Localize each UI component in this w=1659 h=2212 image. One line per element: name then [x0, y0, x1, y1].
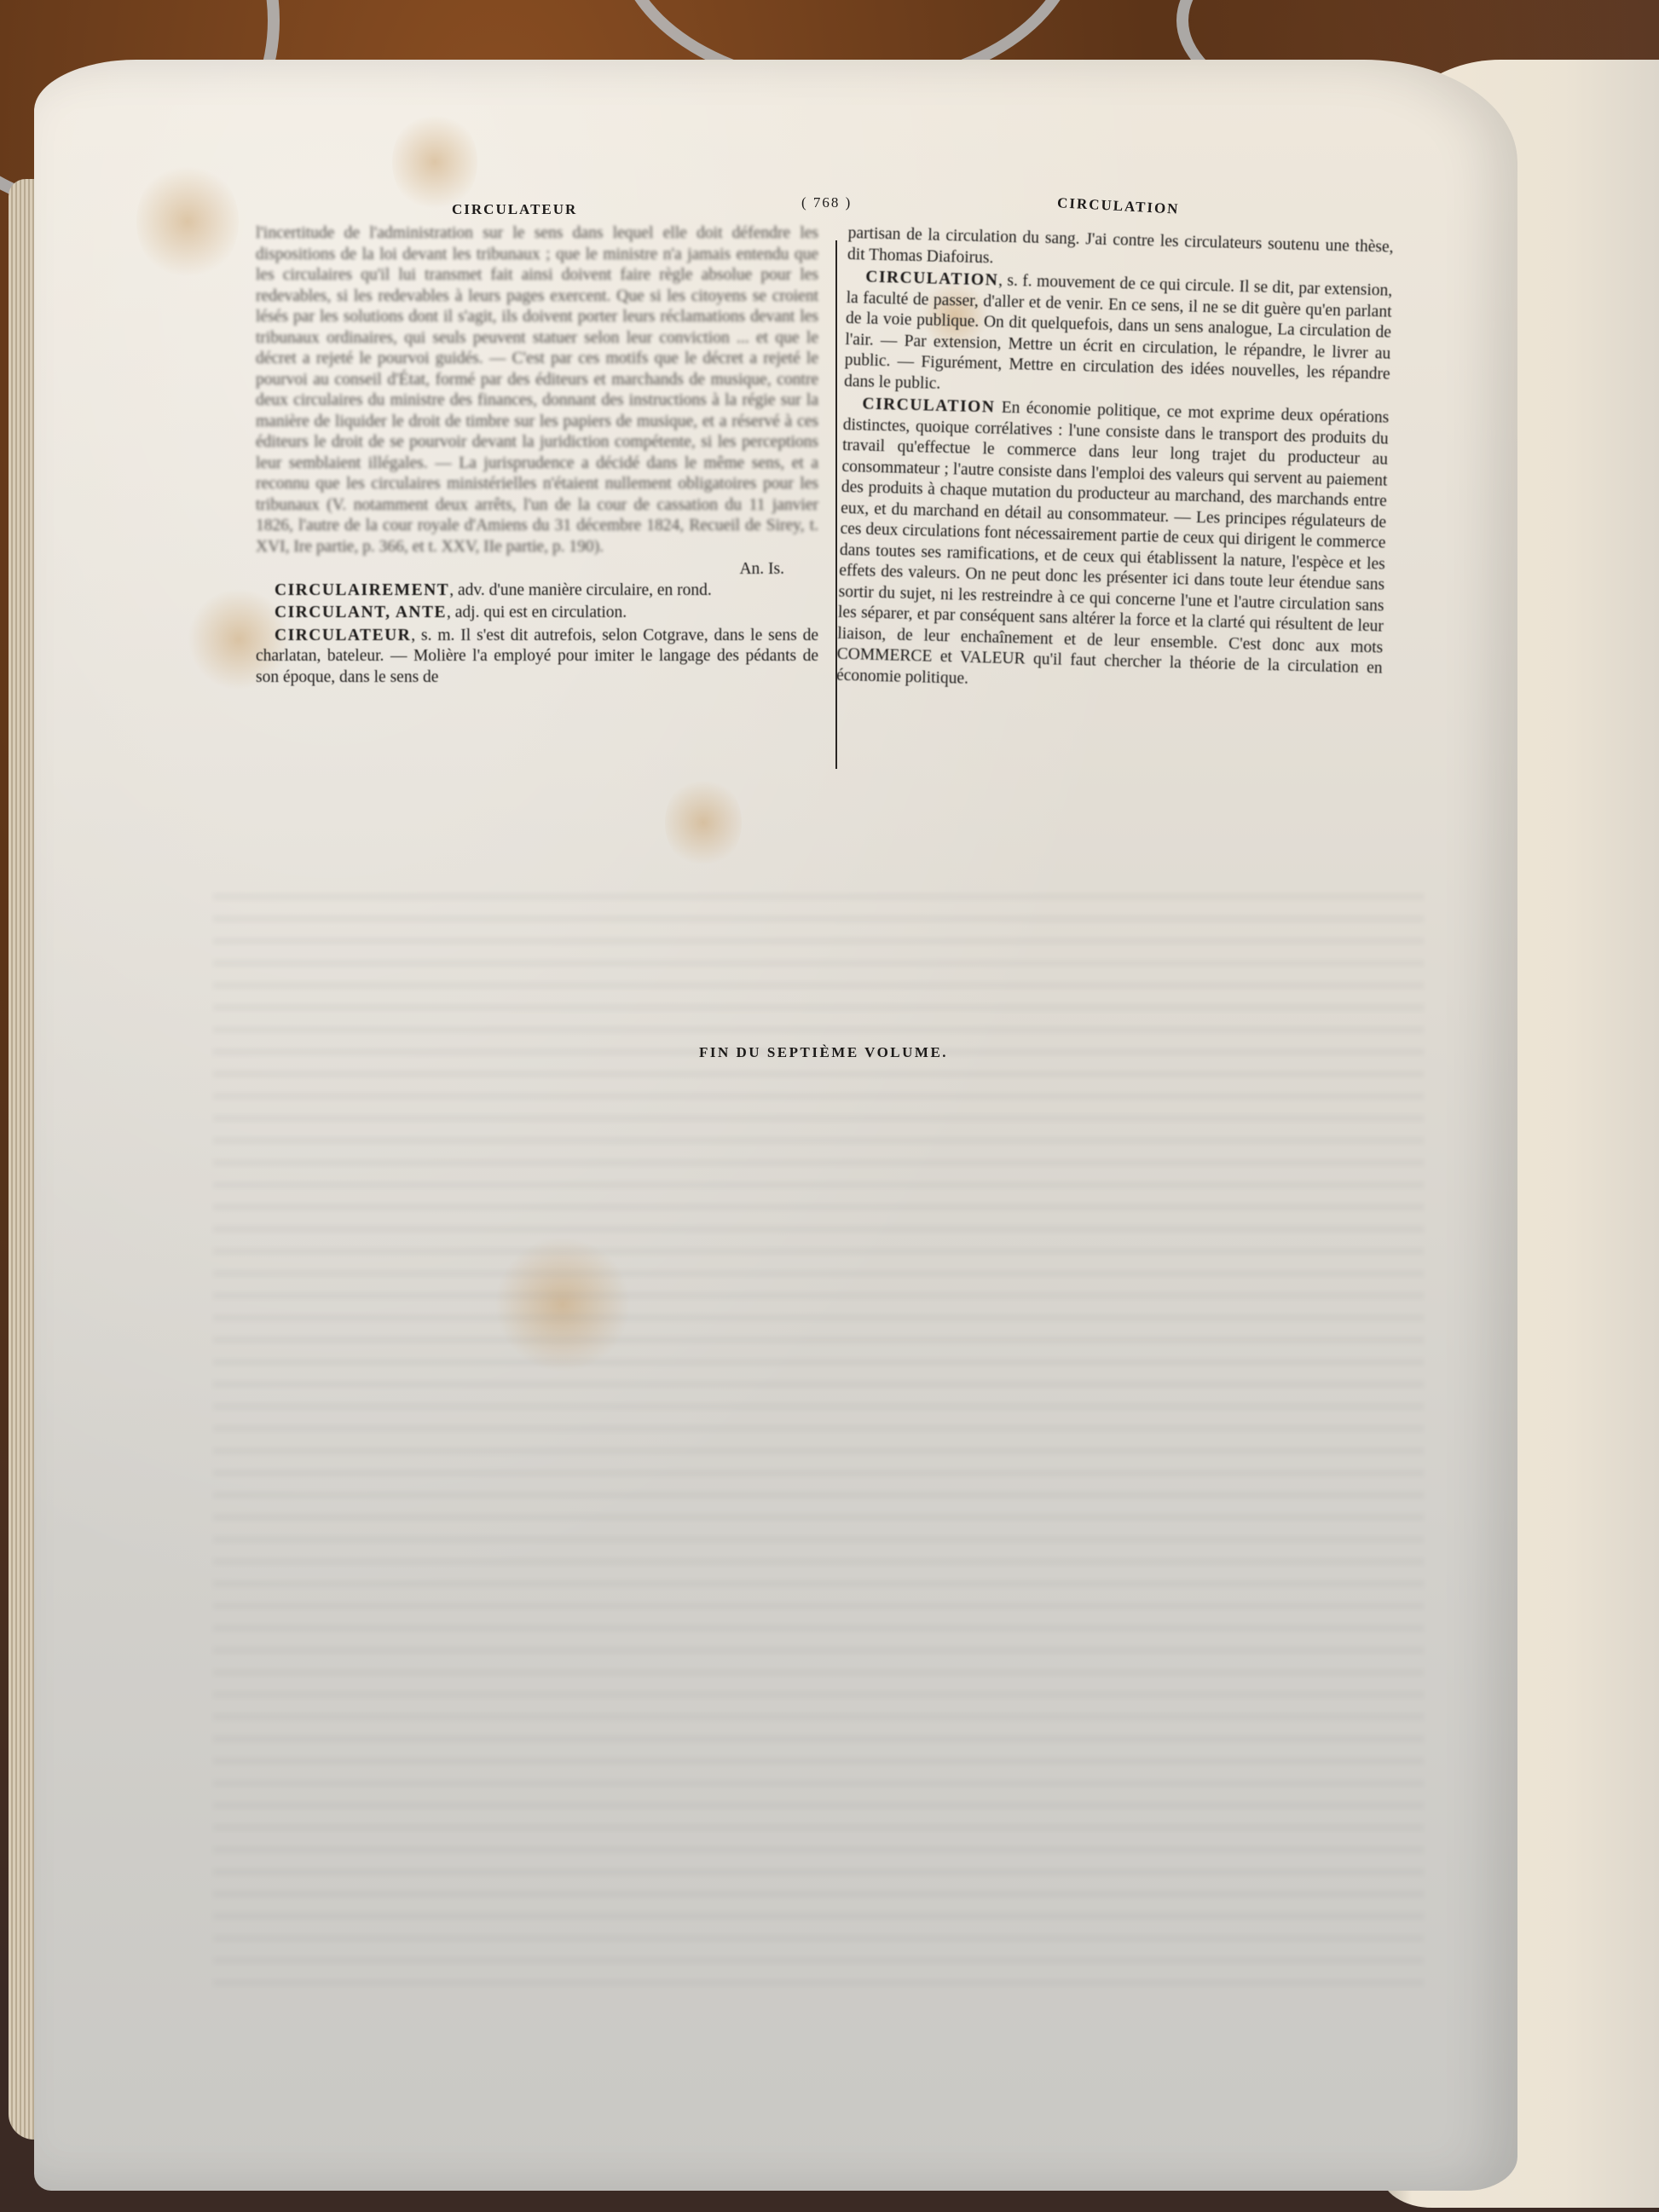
column-rule: [835, 240, 837, 769]
headword: CIRCULANT, ANTE: [275, 604, 447, 621]
definition: , adv. d'une manière circulaire, en rond…: [449, 581, 712, 599]
running-head-right: CIRCULATION: [1057, 194, 1180, 217]
page-number: ( 768 ): [801, 194, 852, 211]
headword: CIRCULATEUR: [275, 627, 411, 644]
dictionary-entry: CIRCULAIREMENT, adv. d'une manière circu…: [256, 580, 818, 602]
dictionary-entry: CIRCULATION En économie politique, ce mo…: [836, 394, 1390, 701]
running-head: CIRCULATEUR ( 768 ) CIRCULATION: [256, 194, 1390, 217]
author-signature: An. Is.: [256, 559, 818, 580]
definition: , s. f. mouvement de ce qui circule. Il …: [844, 272, 1393, 393]
running-head-left: CIRCULATEUR: [452, 201, 577, 218]
paragraph: l'incertitude de l'administration sur le…: [256, 223, 818, 557]
headword: CIRCULAIREMENT: [275, 581, 449, 599]
page-text: CIRCULATEUR ( 768 ) CIRCULATION l'incert…: [256, 194, 1390, 223]
headword: CIRCULATION: [865, 269, 998, 290]
right-column: partisan de la circulation du sang. J'ai…: [836, 223, 1394, 702]
dictionary-entry: CIRCULATION, s. f. mouvement de ce qui c…: [844, 267, 1393, 407]
dictionary-entry: CIRCULANT, ANTE, adj. qui est en circula…: [256, 603, 818, 624]
foxing-stain: [665, 776, 742, 869]
foxing-stain: [136, 162, 239, 281]
definition: En économie politique, ce mot exprime de…: [836, 399, 1390, 688]
end-of-volume-colophon: FIN DU SEPTIÈME VOLUME.: [699, 1044, 948, 1061]
dictionary-entry: CIRCULATEUR, s. m. Il s'est dit autrefoi…: [256, 626, 818, 689]
headword: CIRCULATION: [862, 396, 995, 417]
left-column: l'incertitude de l'administration sur le…: [256, 223, 818, 690]
definition: , adj. qui est en circulation.: [447, 604, 627, 621]
